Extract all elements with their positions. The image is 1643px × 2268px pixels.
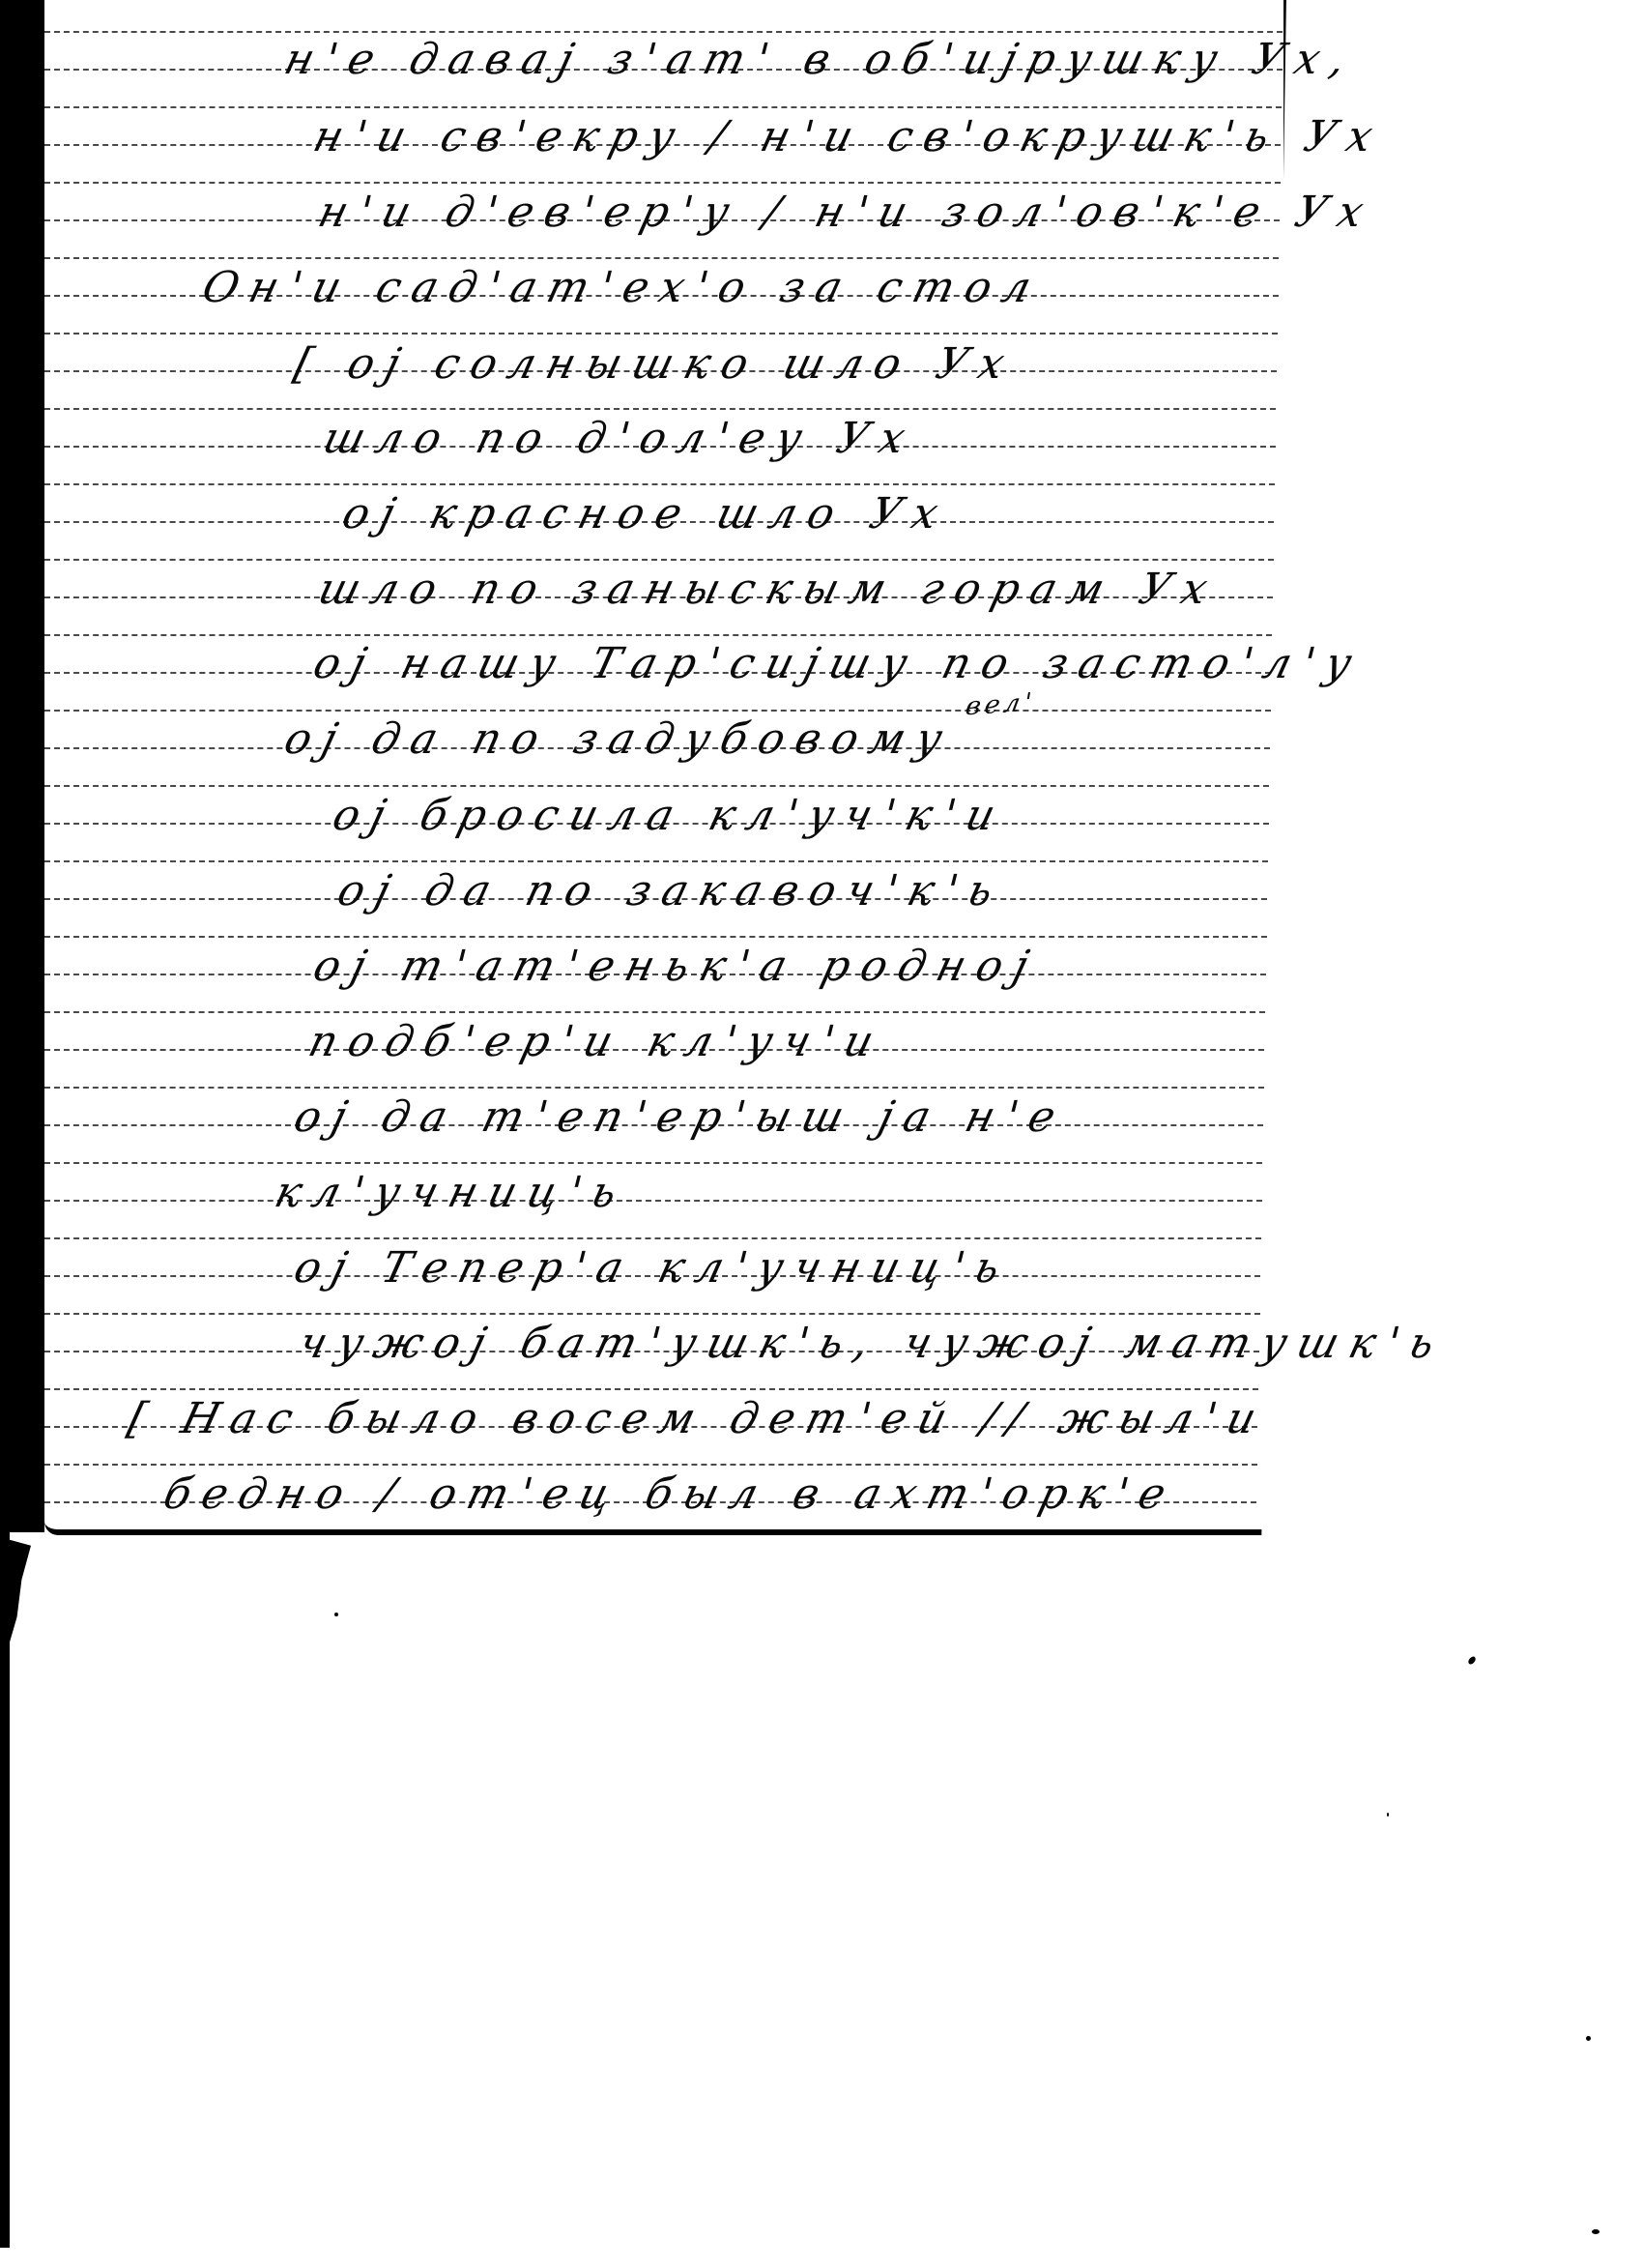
handwritten-line: ој нашу Тар'сијшу по засто'л'у [309, 643, 1368, 685]
ruled-line [44, 182, 1281, 184]
ruled-line [44, 1388, 1258, 1390]
ruled-line [44, 936, 1267, 938]
ruled-line [44, 785, 1269, 787]
scan-speck [1586, 2036, 1591, 2041]
ruled-line [44, 257, 1279, 259]
ruled-line [44, 710, 1271, 712]
handwritten-line: [ Нас было восем дет'ей // жыл'и [124, 1398, 1272, 1440]
ruled-line [44, 634, 1272, 636]
ruled-line [44, 1200, 1262, 1202]
ruled-line [44, 1313, 1260, 1315]
handwritten-line: н'е давај з'ат' в об'ијрушку Ух, [280, 39, 1362, 81]
ruled-line [44, 106, 1282, 108]
handwritten-line: н'и д'ев'ер'у / н'и зол'ов'к'е Ух [314, 191, 1379, 234]
ruled-line [44, 333, 1278, 334]
ruled-line [44, 1162, 1262, 1164]
handwritten-line: чужој бат'ушк'ь, чужој матушк'ь [295, 1323, 1450, 1365]
ruled-line [44, 1464, 1257, 1466]
interlinear-annotation: вел' [964, 688, 1038, 722]
scan-speck [334, 1613, 338, 1616]
ruled-line [44, 1237, 1261, 1239]
handwritten-line: ој красное шло Ух [338, 493, 954, 536]
handwritten-line: кл'учниц'ь [271, 1172, 632, 1214]
ruled-line [44, 408, 1276, 410]
handwritten-line: ој да по задубовому [280, 718, 958, 761]
ruled-line [44, 860, 1268, 862]
scan-border-blot [0, 1537, 31, 1643]
ruled-line [44, 1087, 1264, 1089]
handwritten-line: ој бросила кл'уч'к'и [329, 795, 1011, 837]
ruled-line [44, 559, 1274, 561]
handwritten-line: ој да т'еп'ер'ыш ја н'е [290, 1096, 1071, 1139]
handwritten-line: ој да по закавоч'к'ь [333, 870, 1009, 913]
handwritten-line: ој т'ат'еньк'а родној [309, 945, 1044, 988]
ruled-line [44, 1011, 1265, 1013]
handwritten-line: подб'ер'и кл'уч'и [304, 1021, 889, 1063]
scan-border-left [0, 0, 44, 1532]
handwritten-line: ој Тепер'а кл'учниц'ь [290, 1247, 1016, 1290]
handwritten-line: бедно / от'ец был в ахт'орк'е [159, 1473, 1181, 1516]
scan-speck [1592, 2229, 1600, 2234]
scan-speck [1467, 1655, 1477, 1666]
scan-speck [1387, 1813, 1389, 1817]
handwritten-line: шло по заныскым горам Ух [314, 568, 1223, 611]
handwritten-line: [ ој солнышко шло Ух [290, 343, 1020, 386]
handwritten-line: н'и св'екру / н'и св'окрушк'ь Ух [309, 116, 1388, 159]
handwritten-line: Он'и сад'ат'ех'о за стол [198, 267, 1047, 309]
handwritten-line: шло по д'ол'еу Ух [319, 418, 921, 460]
ruled-line [44, 31, 1283, 33]
ruled-line [44, 483, 1275, 485]
